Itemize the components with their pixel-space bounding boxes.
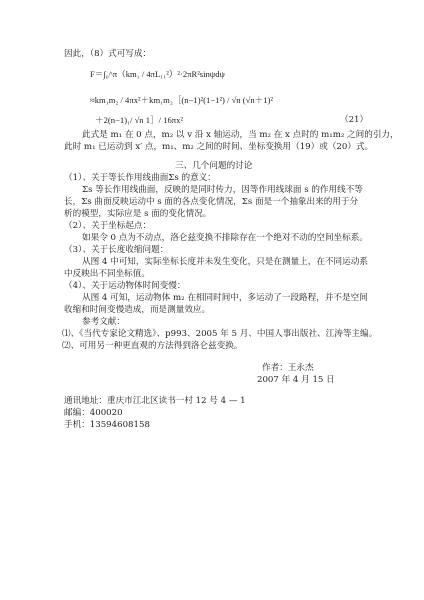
item-line: 中反映出不同坐标值。 bbox=[64, 269, 150, 280]
contact-phone: 手机：13594608158 bbox=[64, 420, 150, 431]
references-title: 参考文献： bbox=[82, 317, 125, 328]
item-heading-2: （2）、关于坐标起点： bbox=[64, 221, 151, 232]
item-line: 收缩和时间变慢造成，而是测量效应。 bbox=[64, 305, 210, 316]
item-line: 长，Σs 曲面反映运动中 s 面的各点变化情况，Σs 面是一个抽象出来的用于分 bbox=[64, 197, 358, 208]
contact-address: 通讯地址：重庆市江北区读书一村 12 号 4 — 1 bbox=[64, 396, 246, 407]
reference-item: ⑴、《当代专家论文精选》、p993、2005 年 5 月、中国人事出版社、江涛等… bbox=[62, 329, 377, 340]
reference-item: ⑵、可用另一种更直观的方法得到洛仑兹变换。 bbox=[62, 341, 242, 352]
equation-number: （21） bbox=[340, 115, 368, 126]
item-line: 从图 4 中可知，实际坐标长度并未发生变化，只是在测量上，在不同运动系 bbox=[82, 257, 368, 268]
formula-line-3: ＋2(n−1)₁/ √n 1］/ 16πx² bbox=[95, 115, 183, 126]
formula-line-1: F＝∫₀^π（km₁ / 4πL₁₁²）²·2πR²sinψdψ bbox=[90, 69, 225, 80]
item-line: Σs 等长作用线曲面，反映的是同时传力，因等作用线球面 s 的作用线不等 bbox=[82, 185, 363, 196]
section-title: 三、几个问题的讨论 bbox=[175, 161, 252, 172]
paragraph-line: 此时 m₁ 已运动到 x′ 点，m₁、m₂ 之间的时间、坐标变换用（19）或（2… bbox=[64, 142, 373, 153]
formula-line-2: ≈km₁m₂ / 4πx²＋km₁m₂［(n−1)²(1−1²) / √n (√… bbox=[90, 95, 273, 106]
item-heading-1: （1）、关于等长作用线曲面Σs 的意义： bbox=[64, 173, 216, 184]
item-heading-3: （3）、关于长度收缩问题： bbox=[64, 245, 168, 256]
date: 2007 年 4 月 15 日 bbox=[257, 375, 335, 386]
item-heading-4: （4）、关于运动物体时间变慢： bbox=[64, 281, 185, 292]
contact-postcode: 邮编：400020 bbox=[64, 408, 123, 419]
item-line: 析的模型，实际应是 s 面的变化情况。 bbox=[64, 209, 211, 220]
item-line: 从图 4 可知，运动物体 m₂ 在相同时间中，多运动了一段路程，并不是空间 bbox=[82, 293, 368, 304]
item-line: 如果令 0 点为不动点，洛仑兹变换不排除存在一个绝对不动的空间坐标系。 bbox=[82, 233, 368, 244]
author: 作者：王永杰 bbox=[262, 363, 314, 374]
intro-text: 因此，（8）式可写成： bbox=[64, 49, 151, 60]
paragraph-line: 此式是 m₁ 在 0 点，m₂ 以 v 沿 x 轴运动，当 m₂ 在 x 点时的… bbox=[82, 130, 399, 141]
